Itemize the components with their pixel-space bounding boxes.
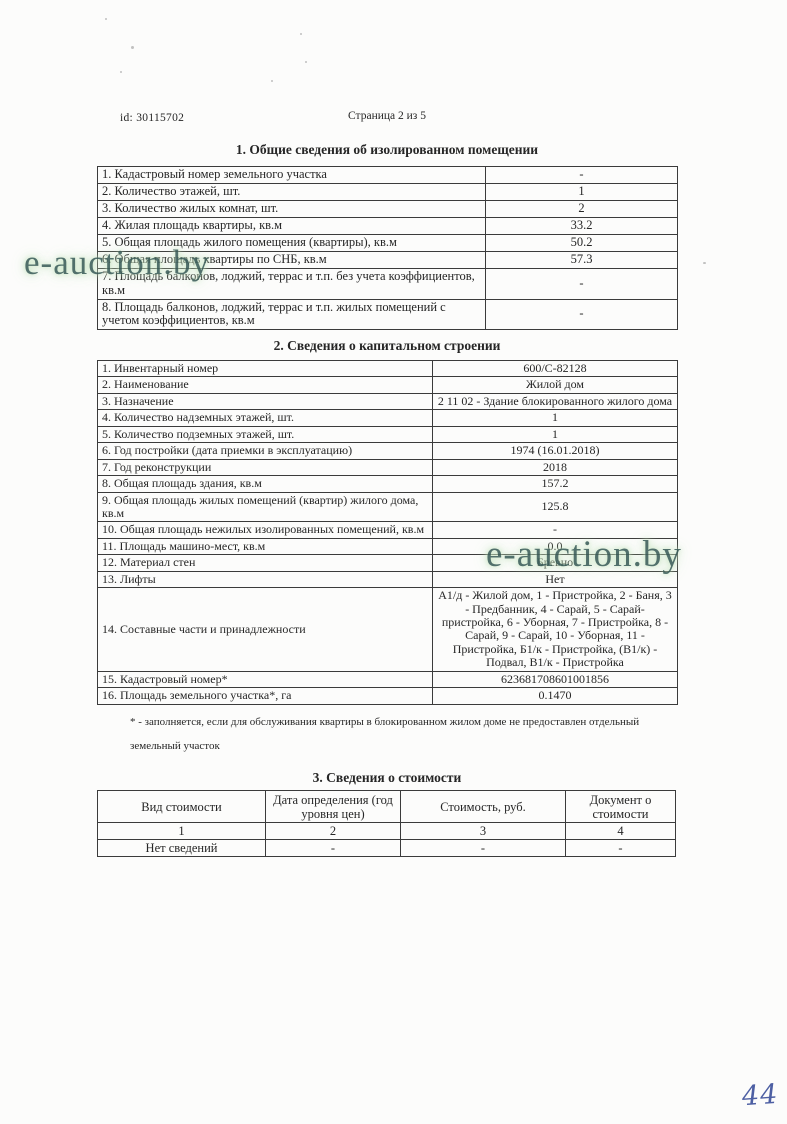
- scan-speck: [271, 80, 273, 82]
- row-value: -: [401, 840, 566, 857]
- row-value: А1/д - Жилой дом, 1 - Пристройка, 2 - Ба…: [433, 588, 678, 672]
- row-value: 125.8: [433, 492, 678, 522]
- scan-speck: [703, 262, 706, 264]
- row-label: 13. Лифты: [98, 571, 433, 587]
- section1-title: 1. Общие сведения об изолированном помещ…: [97, 142, 677, 158]
- row-value: -: [566, 840, 676, 857]
- row-value: 600/С-82128: [433, 361, 678, 377]
- column-number-row: 1 2 3 4: [98, 823, 676, 840]
- scan-speck: [120, 71, 122, 73]
- column-header: Стоимость, руб.: [401, 791, 566, 823]
- row-label: 8. Общая площадь здания, кв.м: [98, 476, 433, 492]
- row-value: -: [486, 167, 678, 184]
- row-label: 9. Общая площадь жилых помещений (кварти…: [98, 492, 433, 522]
- column-header: Вид стоимости: [98, 791, 266, 823]
- page-indicator: Страница 2 из 5: [97, 110, 677, 122]
- row-label: 6. Год постройки (дата приемки в эксплуа…: [98, 443, 433, 459]
- row-value: 1974 (16.01.2018): [433, 443, 678, 459]
- row-label: 14. Составные части и принадлежности: [98, 588, 433, 672]
- row-value: Нет сведений: [98, 840, 266, 857]
- row-value: 1: [433, 426, 678, 442]
- document-header: id: 30115702 Страница 2 из 5: [97, 110, 677, 126]
- table-row: 9. Общая площадь жилых помещений (кварти…: [98, 492, 678, 522]
- table-row: 14. Составные части и принадлежности А1/…: [98, 588, 678, 672]
- row-label: 3. Количество жилых комнат, шт.: [98, 201, 486, 218]
- row-label: 12. Материал стен: [98, 555, 433, 571]
- row-value: 2: [486, 201, 678, 218]
- table-row: 15. Кадастровый номер* 62368170860100185…: [98, 671, 678, 687]
- table-row: 7. Год реконструкции 2018: [98, 459, 678, 475]
- table-row: 3. Назначение 2 11 02 - Здание блокирова…: [98, 393, 678, 409]
- row-value: 33.2: [486, 218, 678, 235]
- row-value: 157.2: [433, 476, 678, 492]
- row-label: 2. Количество этажей, шт.: [98, 184, 486, 201]
- row-label: 4. Жилая площадь квартиры, кв.м: [98, 218, 486, 235]
- row-value: 623681708601001856: [433, 671, 678, 687]
- row-value: -: [486, 299, 678, 330]
- row-label: 15. Кадастровый номер*: [98, 671, 433, 687]
- row-value: 2 11 02 - Здание блокированного жилого д…: [433, 393, 678, 409]
- table-row: 1. Инвентарный номер 600/С-82128: [98, 361, 678, 377]
- row-value: -: [486, 269, 678, 300]
- scan-speck: [305, 61, 307, 63]
- table-row: 4. Количество надземных этажей, шт. 1: [98, 410, 678, 426]
- row-label: 7. Год реконструкции: [98, 459, 433, 475]
- row-value: 2018: [433, 459, 678, 475]
- scan-speck: [300, 33, 302, 35]
- table-header-row: Вид стоимости Дата определения (год уров…: [98, 791, 676, 823]
- table-row: 4. Жилая площадь квартиры, кв.м 33.2: [98, 218, 678, 235]
- table-row: Нет сведений - - -: [98, 840, 676, 857]
- row-label: 3. Назначение: [98, 393, 433, 409]
- column-number: 4: [566, 823, 676, 840]
- scan-speck: [131, 46, 134, 49]
- row-label: 5. Количество подземных этажей, шт.: [98, 426, 433, 442]
- e-auction-watermark: e-auction.by: [486, 533, 682, 576]
- row-value: 1: [486, 184, 678, 201]
- row-value: 50.2: [486, 235, 678, 252]
- row-label: 10. Общая площадь нежилых изолированных …: [98, 522, 433, 538]
- section3-title: 3. Сведения о стоимости: [97, 770, 677, 786]
- row-label: 16. Площадь земельного участка*, га: [98, 688, 433, 704]
- cost-info-table: Вид стоимости Дата определения (год уров…: [97, 790, 676, 857]
- e-auction-watermark: e-auction.by: [24, 243, 210, 283]
- row-value: 57.3: [486, 252, 678, 269]
- row-label: 1. Инвентарный номер: [98, 361, 433, 377]
- column-header: Дата определения (год уровня цен): [266, 791, 401, 823]
- table-row: 6. Год постройки (дата приемки в эксплуа…: [98, 443, 678, 459]
- column-number: 3: [401, 823, 566, 840]
- table-row: 16. Площадь земельного участка*, га 0.14…: [98, 688, 678, 704]
- row-label: 4. Количество надземных этажей, шт.: [98, 410, 433, 426]
- table-row: 8. Площадь балконов, лоджий, террас и т.…: [98, 299, 678, 330]
- column-header: Документ о стоимости: [566, 791, 676, 823]
- handwritten-page-number: 44: [741, 1079, 779, 1112]
- row-label: 11. Площадь машино-мест, кв.м: [98, 538, 433, 554]
- section2-title: 2. Сведения о капитальном строении: [97, 338, 677, 354]
- column-number: 2: [266, 823, 401, 840]
- column-number: 1: [98, 823, 266, 840]
- row-value: Жилой дом: [433, 377, 678, 393]
- scan-speck: [105, 18, 107, 20]
- table-row: 5. Количество подземных этажей, шт. 1: [98, 426, 678, 442]
- table-row: 1. Кадастровый номер земельного участка …: [98, 167, 678, 184]
- row-label: 1. Кадастровый номер земельного участка: [98, 167, 486, 184]
- row-label: 8. Площадь балконов, лоджий, террас и т.…: [98, 299, 486, 330]
- row-value: 0.1470: [433, 688, 678, 704]
- table-row: 8. Общая площадь здания, кв.м 157.2: [98, 476, 678, 492]
- row-value: -: [266, 840, 401, 857]
- footnote: * - заполняется, если для обслуживания к…: [130, 711, 678, 758]
- table-row: 2. Количество этажей, шт. 1: [98, 184, 678, 201]
- row-label: 2. Наименование: [98, 377, 433, 393]
- table-row: 3. Количество жилых комнат, шт. 2: [98, 201, 678, 218]
- row-value: 1: [433, 410, 678, 426]
- scanned-document-page: id: 30115702 Страница 2 из 5 1. Общие св…: [0, 0, 787, 1124]
- table-row: 2. Наименование Жилой дом: [98, 377, 678, 393]
